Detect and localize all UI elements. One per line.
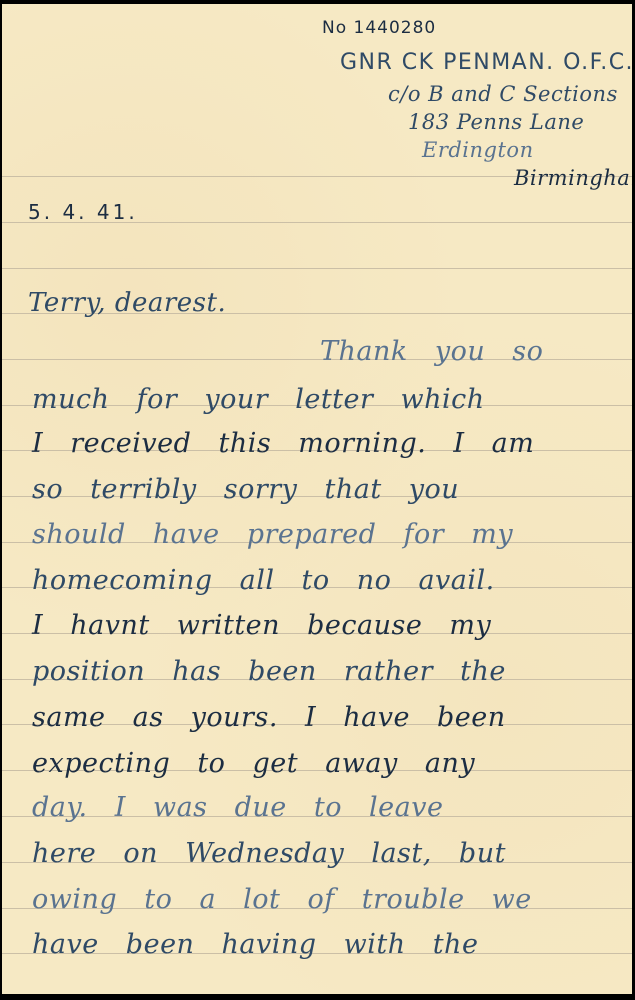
body-line: day. I was due to leave — [32, 792, 443, 823]
sender-city: Birmingham — [514, 166, 632, 190]
body-line: homecoming all to no avail. — [32, 565, 495, 596]
body-line: I havnt written because my — [32, 610, 491, 641]
body-line: much for your letter which — [32, 384, 485, 415]
body-line: position has been rather the — [32, 656, 506, 687]
body-line: so terribly sorry that you — [32, 474, 459, 505]
body-line: Thank you so — [320, 336, 543, 367]
sender-care-of: c/o B and C Sections — [388, 82, 618, 106]
body-line: owing to a lot of trouble we — [32, 884, 532, 915]
body-line: I received this morning. I am — [32, 428, 534, 459]
body-line: have been having with the — [32, 929, 478, 960]
sender-town: Erdington — [422, 138, 534, 162]
salutation: Terry, dearest. — [28, 288, 226, 318]
service-number: No 1440280 — [322, 18, 436, 38]
sender-name: GNR CK PENMAN. O.F.C. — [340, 50, 632, 75]
body-line: should have prepared for my — [32, 519, 513, 550]
ruled-line — [2, 268, 632, 269]
sender-street: 183 Penns Lane — [408, 110, 584, 134]
body-line: expecting to get away any — [32, 748, 475, 779]
letter-sheet: No 1440280 GNR CK PENMAN. O.F.C. c/o B a… — [2, 4, 632, 994]
letter-date: 5. 4. 41. — [28, 200, 138, 224]
body-line: same as yours. I have been — [32, 702, 506, 733]
body-line: here on Wednesday last, but — [32, 838, 506, 869]
